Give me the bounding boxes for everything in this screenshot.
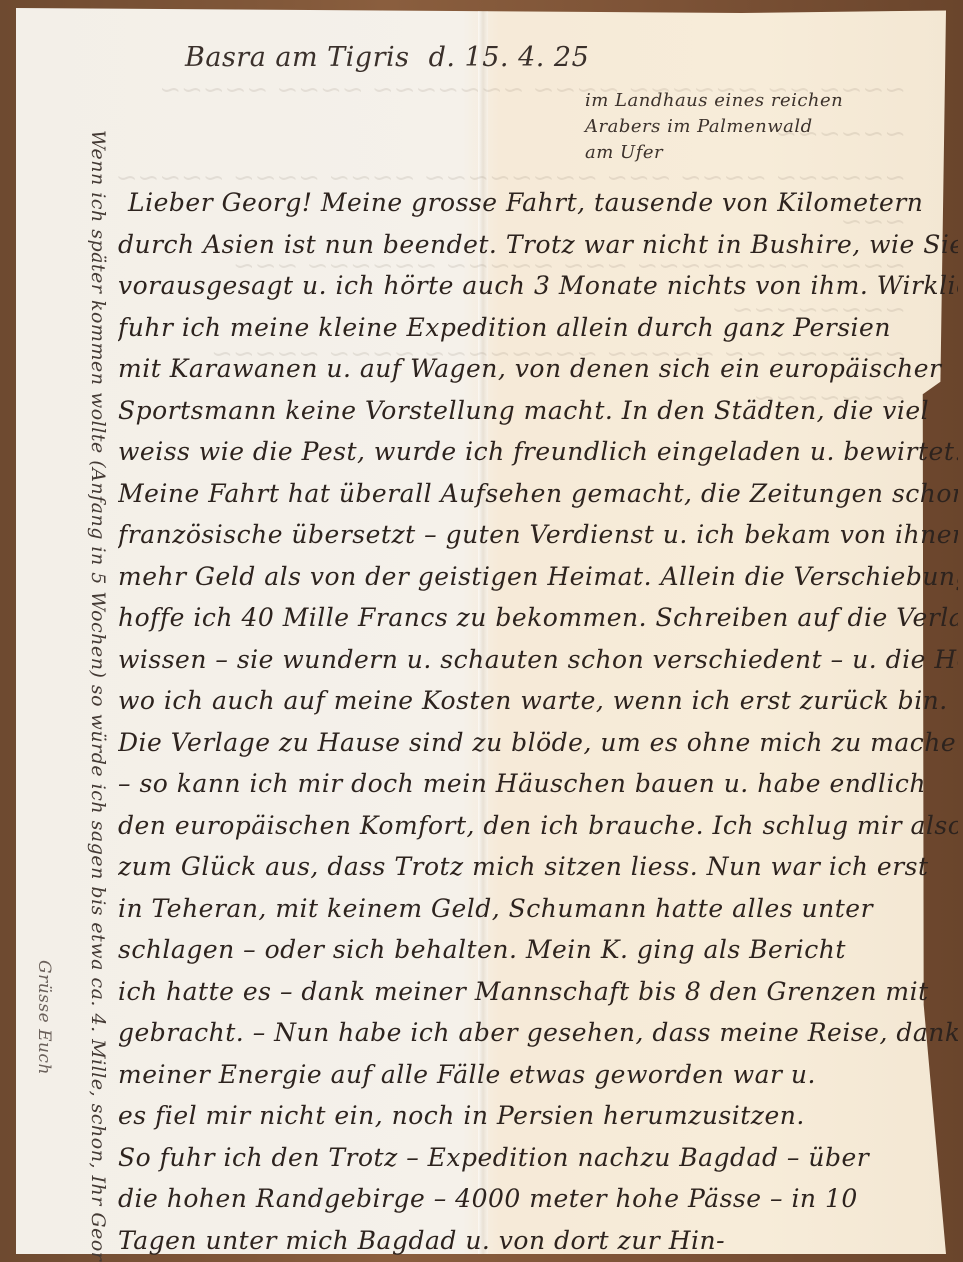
note-line: am Ufer bbox=[585, 140, 843, 166]
body-line: schlagen – oder sich behalten. Mein K. g… bbox=[118, 929, 958, 971]
body-line: in Teheran, mit keinem Geld, Schumann ha… bbox=[118, 888, 958, 930]
body-line: wissen – sie wundern u. schauten schon v… bbox=[118, 639, 958, 681]
left-margin-note-2: Grüsse Euch bbox=[28, 960, 58, 1260]
body-line: Tagen unter mich Bagdad u. von dort zur … bbox=[118, 1220, 958, 1262]
body-line: mit Karawanen u. auf Wagen, von denen si… bbox=[118, 348, 958, 390]
letter-header: Basra am Tigris d. 15. 4. 25 bbox=[185, 42, 599, 73]
body-line: die hohen Randgebirge – 4000 meter hohe … bbox=[118, 1178, 958, 1220]
body-line: es fiel mir nicht ein, noch in Persien h… bbox=[118, 1095, 958, 1137]
top-right-note: im Landhaus eines reichen Arabers im Pal… bbox=[585, 88, 843, 166]
body-line: Meine Fahrt hat überall Aufsehen gemacht… bbox=[118, 473, 958, 515]
body-line: durch Asien ist nun beendet. Trotz war n… bbox=[118, 224, 958, 266]
body-line: französische übersetzt – guten Verdienst… bbox=[118, 514, 958, 556]
body-line: meiner Energie auf alle Fälle etwas gewo… bbox=[118, 1054, 958, 1096]
body-line: – so kann ich mir doch mein Häuschen bau… bbox=[118, 763, 958, 805]
body-line: mehr Geld als von der geistigen Heimat. … bbox=[118, 556, 958, 598]
body-line: weiss wie die Pest, wurde ich freundlich… bbox=[118, 431, 958, 473]
body-line: gebracht. – Nun habe ich aber gesehen, d… bbox=[118, 1012, 958, 1054]
left-margin-note: Wenn ich später kommen wollte (Anfang in… bbox=[75, 130, 115, 1240]
body-line: ich hatte es – dank meiner Mannschaft bi… bbox=[118, 971, 958, 1013]
note-line: im Landhaus eines reichen bbox=[585, 88, 843, 114]
body-line: vorausgesagt u. ich hörte auch 3 Monate … bbox=[118, 265, 958, 307]
body-line: Die Verlage zu Hause sind zu blöde, um e… bbox=[118, 722, 958, 764]
body-line: den europäischen Komfort, den ich brauch… bbox=[118, 805, 958, 847]
letter-body: Lieber Georg! Meine grosse Fahrt, tausen… bbox=[118, 182, 958, 1261]
body-line: hoffe ich 40 Mille Francs zu bekommen. S… bbox=[118, 597, 958, 639]
header-place: Basra am Tigris bbox=[185, 42, 410, 73]
body-line: Sportsmann keine Vorstellung macht. In d… bbox=[118, 390, 958, 432]
body-line: So fuhr ich den Trotz – Expedition nachz… bbox=[118, 1137, 958, 1179]
note-line: Arabers im Palmenwald bbox=[585, 114, 843, 140]
header-date: d. 15. 4. 25 bbox=[429, 42, 590, 73]
body-line: fuhr ich meine kleine Expedition allein … bbox=[118, 307, 958, 349]
body-line: zum Glück aus, dass Trotz mich sitzen li… bbox=[118, 846, 958, 888]
body-line: wo ich auch auf meine Kosten warte, wenn… bbox=[118, 680, 958, 722]
body-line: Lieber Georg! Meine grosse Fahrt, tausen… bbox=[118, 182, 958, 224]
